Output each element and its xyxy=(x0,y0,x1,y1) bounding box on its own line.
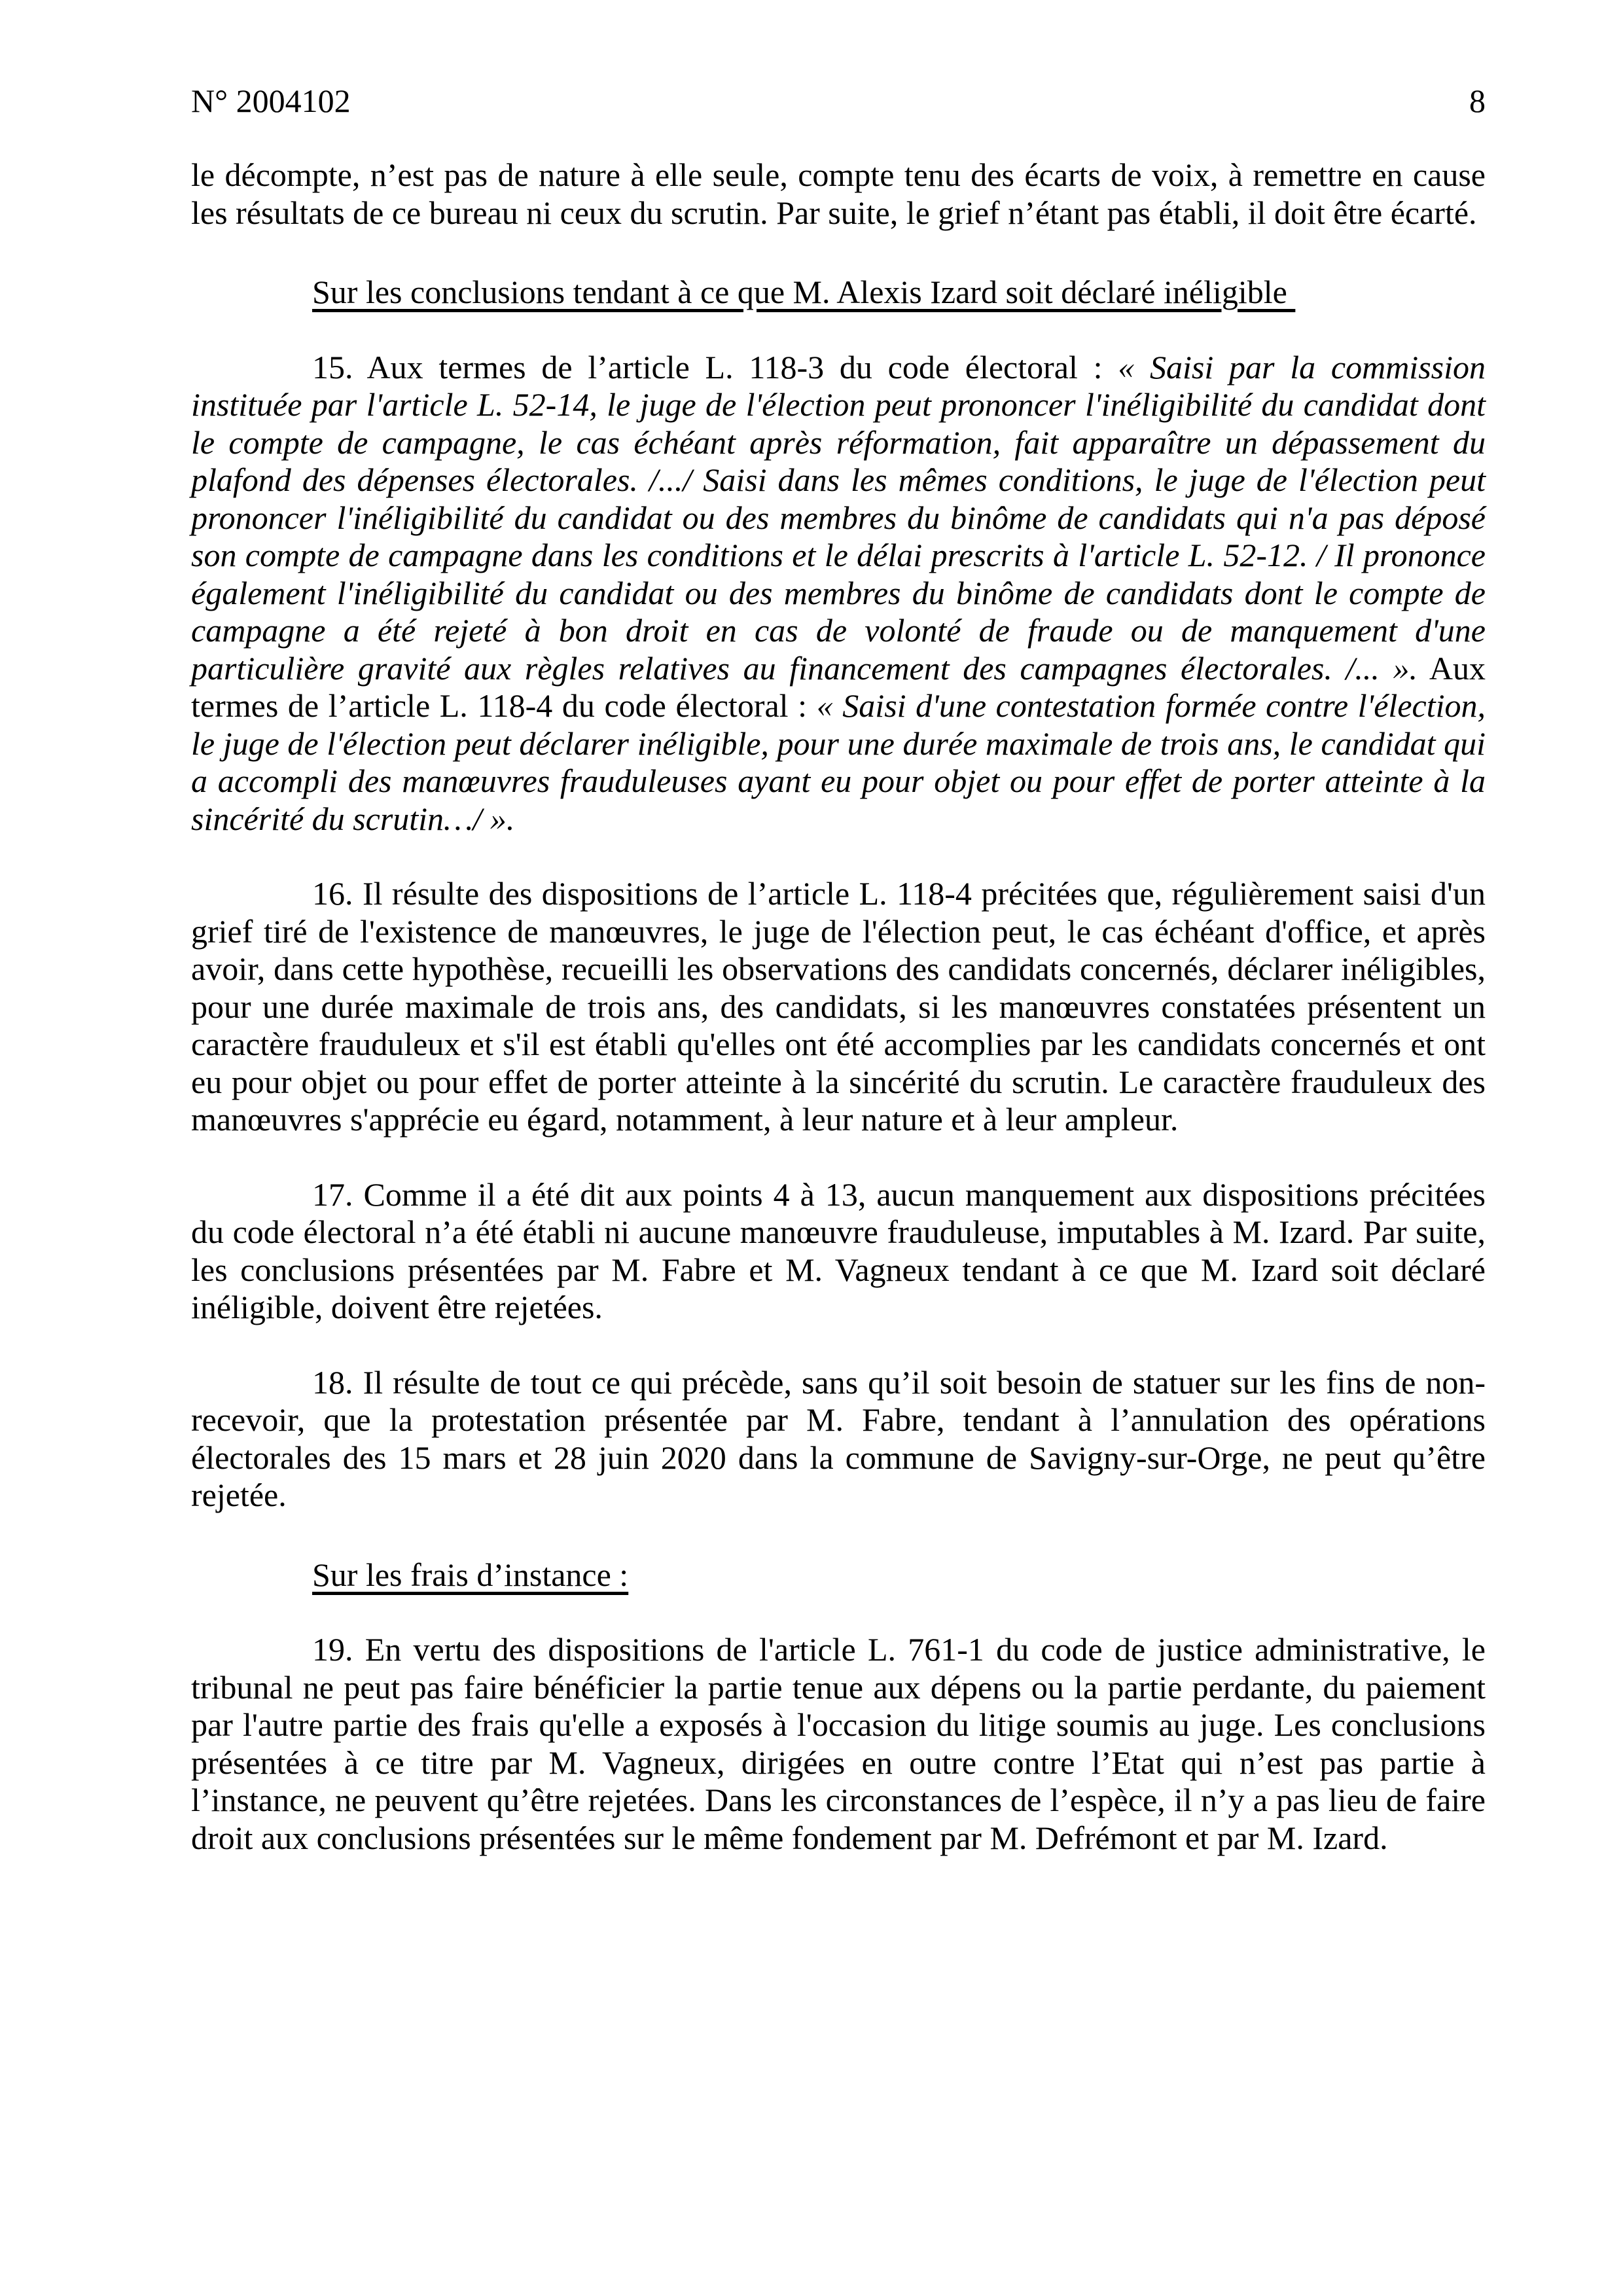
text-run: 15. Aux termes de l’article L. 118-3 du … xyxy=(312,349,1118,386)
page-header: N° 2004102 8 xyxy=(191,82,1486,120)
quoted-statute-text: « Saisi par la commission instituée par … xyxy=(191,349,1486,687)
document-content: le décompte, n’est pas de nature à elle … xyxy=(191,156,1486,1894)
text-run: le décompte, n’est pas de nature à elle … xyxy=(191,156,1486,231)
text-run: 18. Il résulte de tout ce qui précède, s… xyxy=(191,1364,1486,1514)
paragraph-continuation: le décompte, n’est pas de nature à elle … xyxy=(191,156,1486,232)
paragraph-19: 19. En vertu des dispositions de l'artic… xyxy=(191,1631,1486,1857)
document-page: { "header": { "case_number": "N° 2004102… xyxy=(0,0,1623,2296)
paragraph-17: 17. Comme il a été dit aux points 4 à 13… xyxy=(191,1176,1486,1327)
section-heading-ineligibility: Sur les conclusions tendant à ce que M. … xyxy=(191,274,1486,312)
text-run: 16. Il résulte des dispositions de l’art… xyxy=(191,875,1486,1138)
paragraph-18: 18. Il résulte de tout ce qui précède, s… xyxy=(191,1364,1486,1515)
page-number: 8 xyxy=(1469,82,1486,120)
section-heading-ineligibility-text: Sur les conclusions tendant à ce que M. … xyxy=(312,274,1295,310)
paragraph-15: 15. Aux termes de l’article L. 118-3 du … xyxy=(191,349,1486,838)
paragraph-16: 16. Il résulte des dispositions de l’art… xyxy=(191,875,1486,1139)
section-heading-costs-text: Sur les frais d’instance : xyxy=(312,1556,628,1593)
section-heading-costs: Sur les frais d’instance : xyxy=(191,1556,1486,1594)
text-run: 19. En vertu des dispositions de l'artic… xyxy=(191,1631,1486,1856)
case-number: N° 2004102 xyxy=(191,82,351,120)
text-run: 17. Comme il a été dit aux points 4 à 13… xyxy=(191,1176,1486,1326)
